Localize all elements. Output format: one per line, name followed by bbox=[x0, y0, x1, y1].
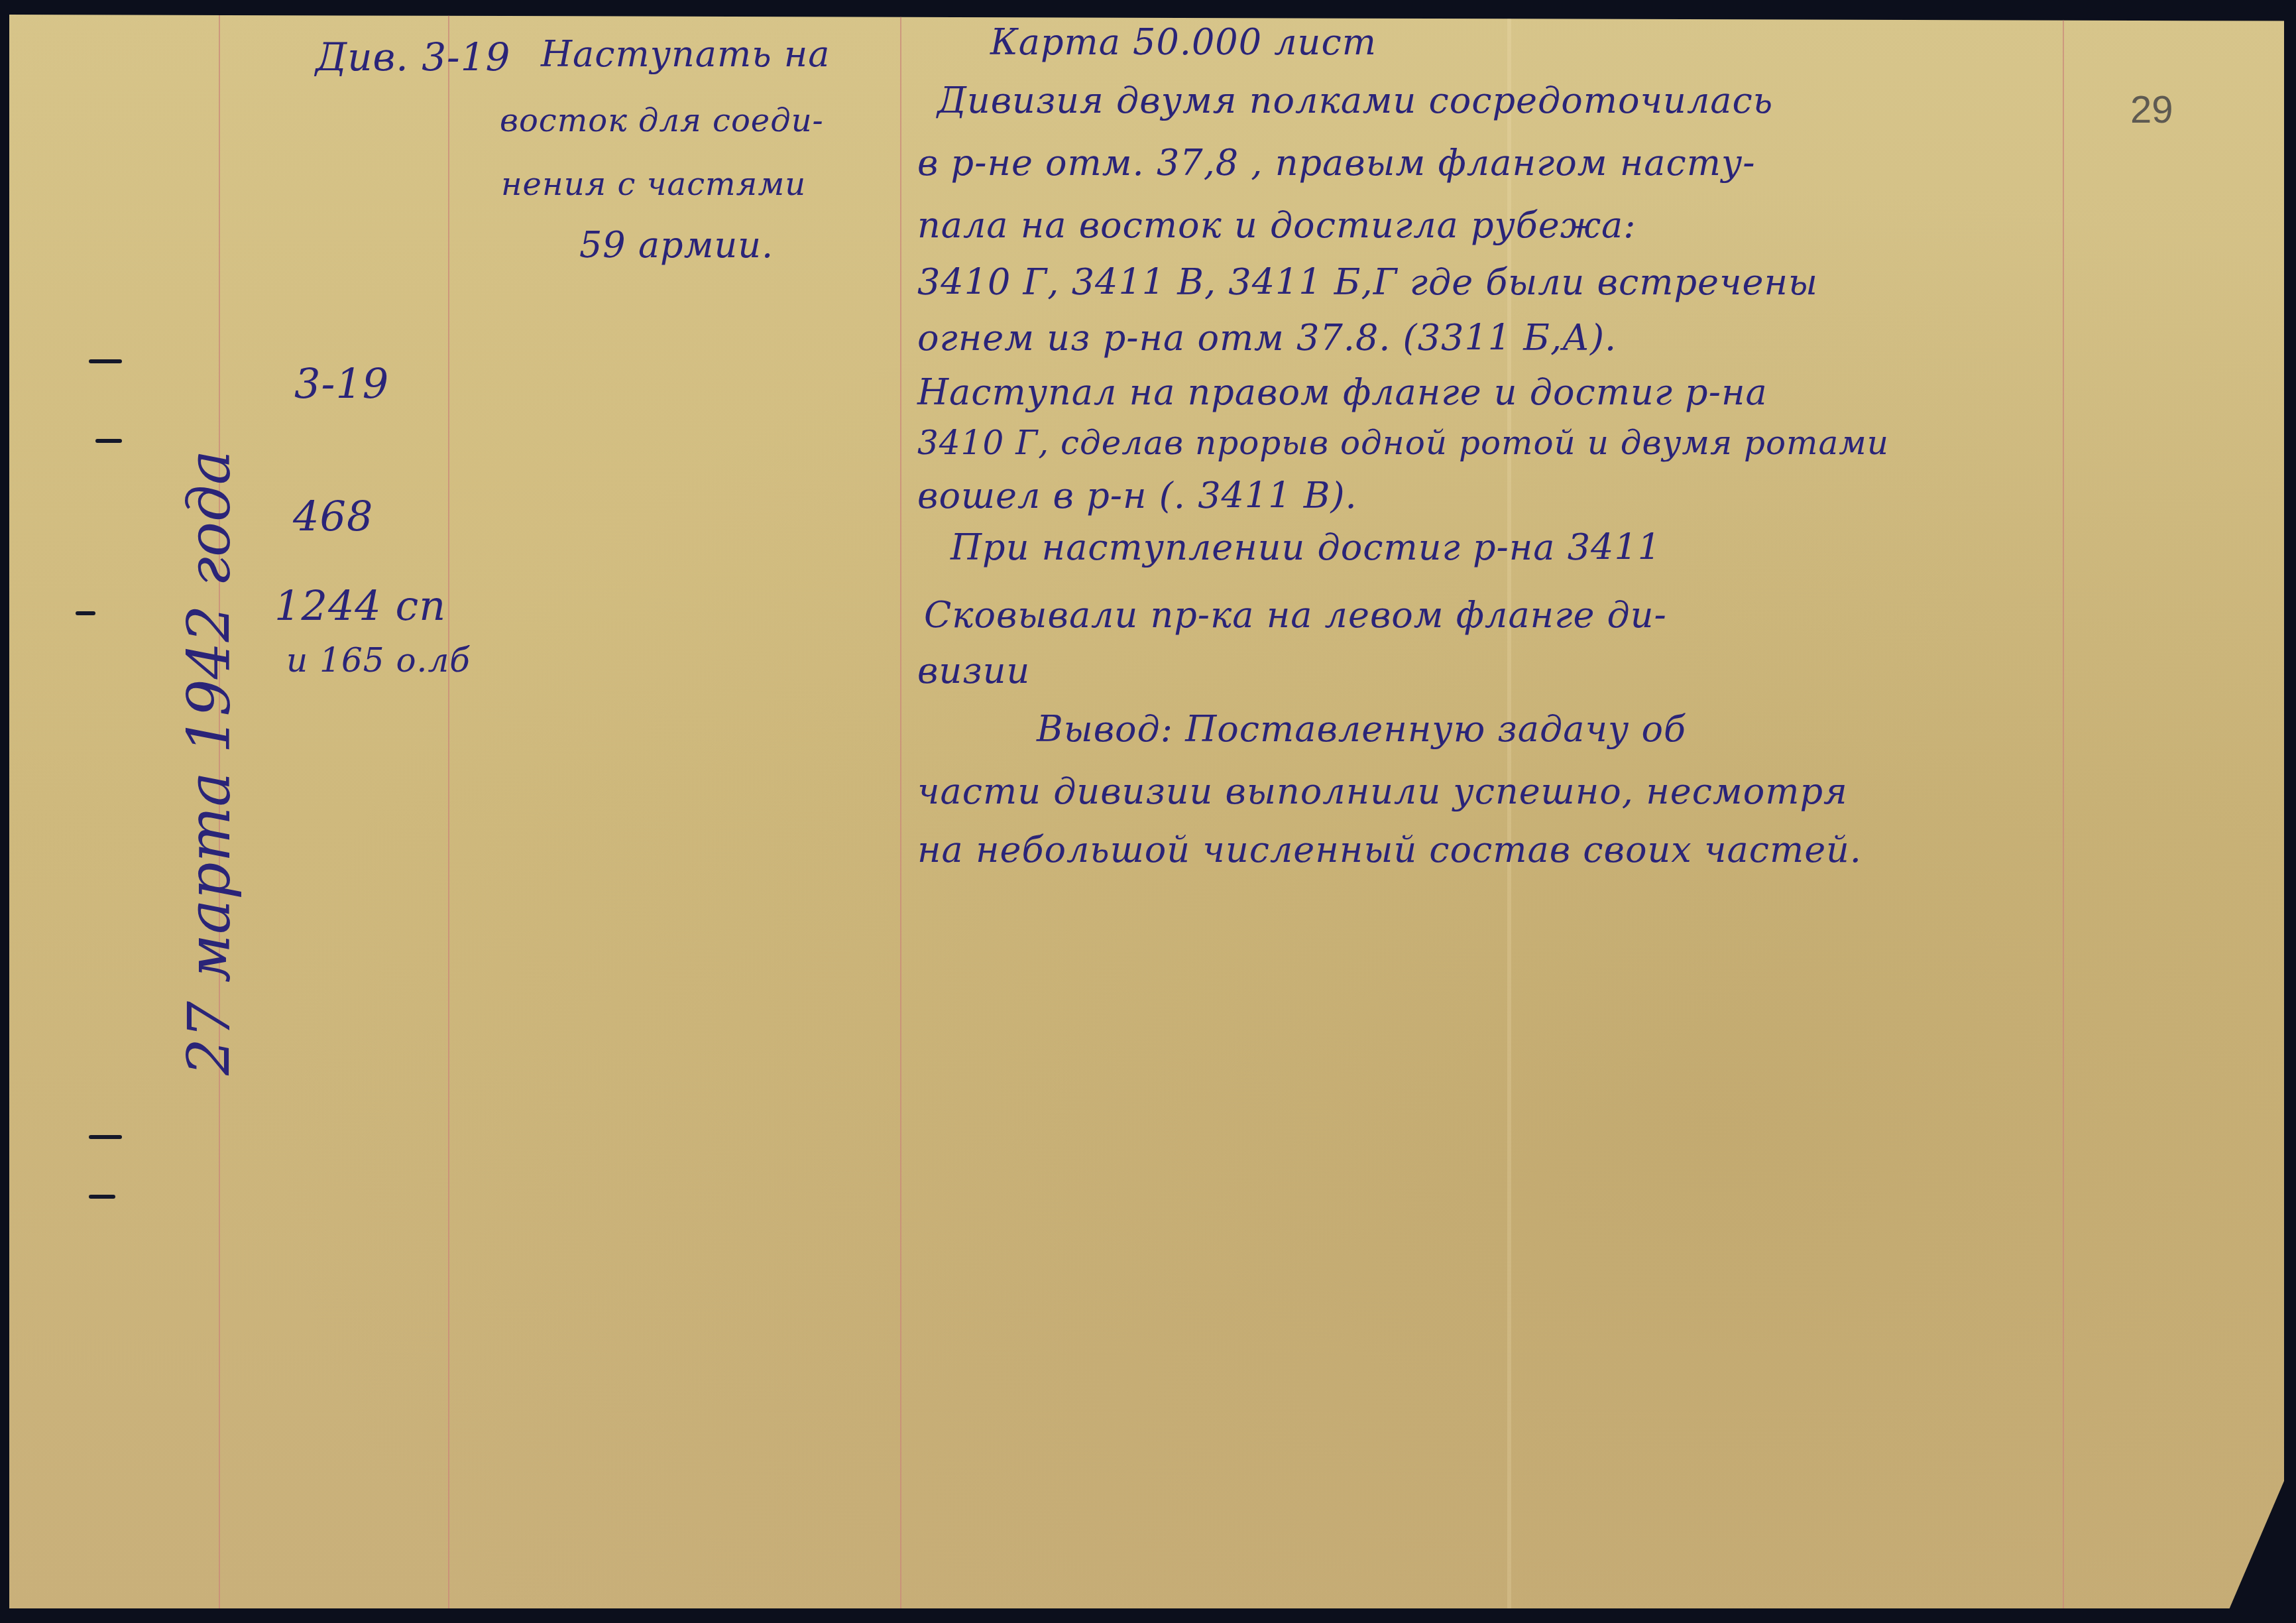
summary-line: на небольшой численный состав своих част… bbox=[917, 822, 1862, 878]
result-line: 3410 Г, 3411 В, 3411 Б,Г где были встреч… bbox=[917, 255, 1818, 310]
task-line: 59 армии. bbox=[579, 217, 774, 273]
result-line: Сковывали пр-ка на левом фланге ди- bbox=[924, 587, 1667, 643]
unit-battalion: и 165 о.лб bbox=[286, 641, 471, 680]
unit-regiment: 1244 сп bbox=[274, 581, 446, 630]
unit-regiment: 3-19 bbox=[294, 359, 389, 408]
result-line: пала на восток и достигла рубежа: bbox=[917, 198, 1636, 253]
paper-tear bbox=[76, 611, 95, 615]
paper-tear bbox=[89, 1195, 115, 1199]
paper-tear bbox=[95, 439, 122, 443]
result-line: в р-не отм. 37,8 , правым флангом насту- bbox=[917, 135, 1755, 191]
unit-division: Див. 3-19 bbox=[316, 34, 510, 80]
result-line: Наступал на правом фланге и достиг р-на bbox=[917, 365, 1768, 420]
paper-tear bbox=[89, 1135, 122, 1139]
result-line: визии bbox=[917, 643, 1030, 699]
archival-page: 29 27 марта 1942 года Див. 3-19 3-19 468… bbox=[9, 15, 2284, 1608]
paper-tear bbox=[89, 359, 122, 363]
result-line: Карта 50.000 лист bbox=[990, 15, 1377, 70]
task-line: Наступать на bbox=[541, 27, 831, 82]
summary-line: части дивизии выполнили успешно, несмотр… bbox=[917, 764, 1848, 819]
task-line: восток для соеди- bbox=[500, 93, 824, 149]
summary-line: Вывод: Поставленную задачу об bbox=[1037, 701, 1686, 757]
result-line: 3410 Г, сделав прорыв одной ротой и двум… bbox=[917, 415, 1889, 471]
sheet-number: 29 bbox=[2130, 88, 2173, 132]
margin-rule-4 bbox=[2063, 15, 2064, 1608]
result-line: вошел в р-н (. 3411 В). bbox=[917, 468, 1357, 524]
result-line: При наступлении достиг р-на 3411 bbox=[950, 520, 1661, 575]
result-line: огнем из р-на отм 37.8. (3311 Б,А). bbox=[917, 310, 1617, 366]
unit-regiment: 468 bbox=[293, 492, 373, 540]
task-line: нения с частями bbox=[501, 156, 806, 212]
margin-rule-2 bbox=[448, 15, 449, 1608]
result-line: Дивизия двумя полками сосредоточилась bbox=[937, 73, 1773, 129]
entry-date: 27 марта 1942 года bbox=[175, 450, 243, 1075]
margin-rule-3 bbox=[900, 15, 901, 1608]
